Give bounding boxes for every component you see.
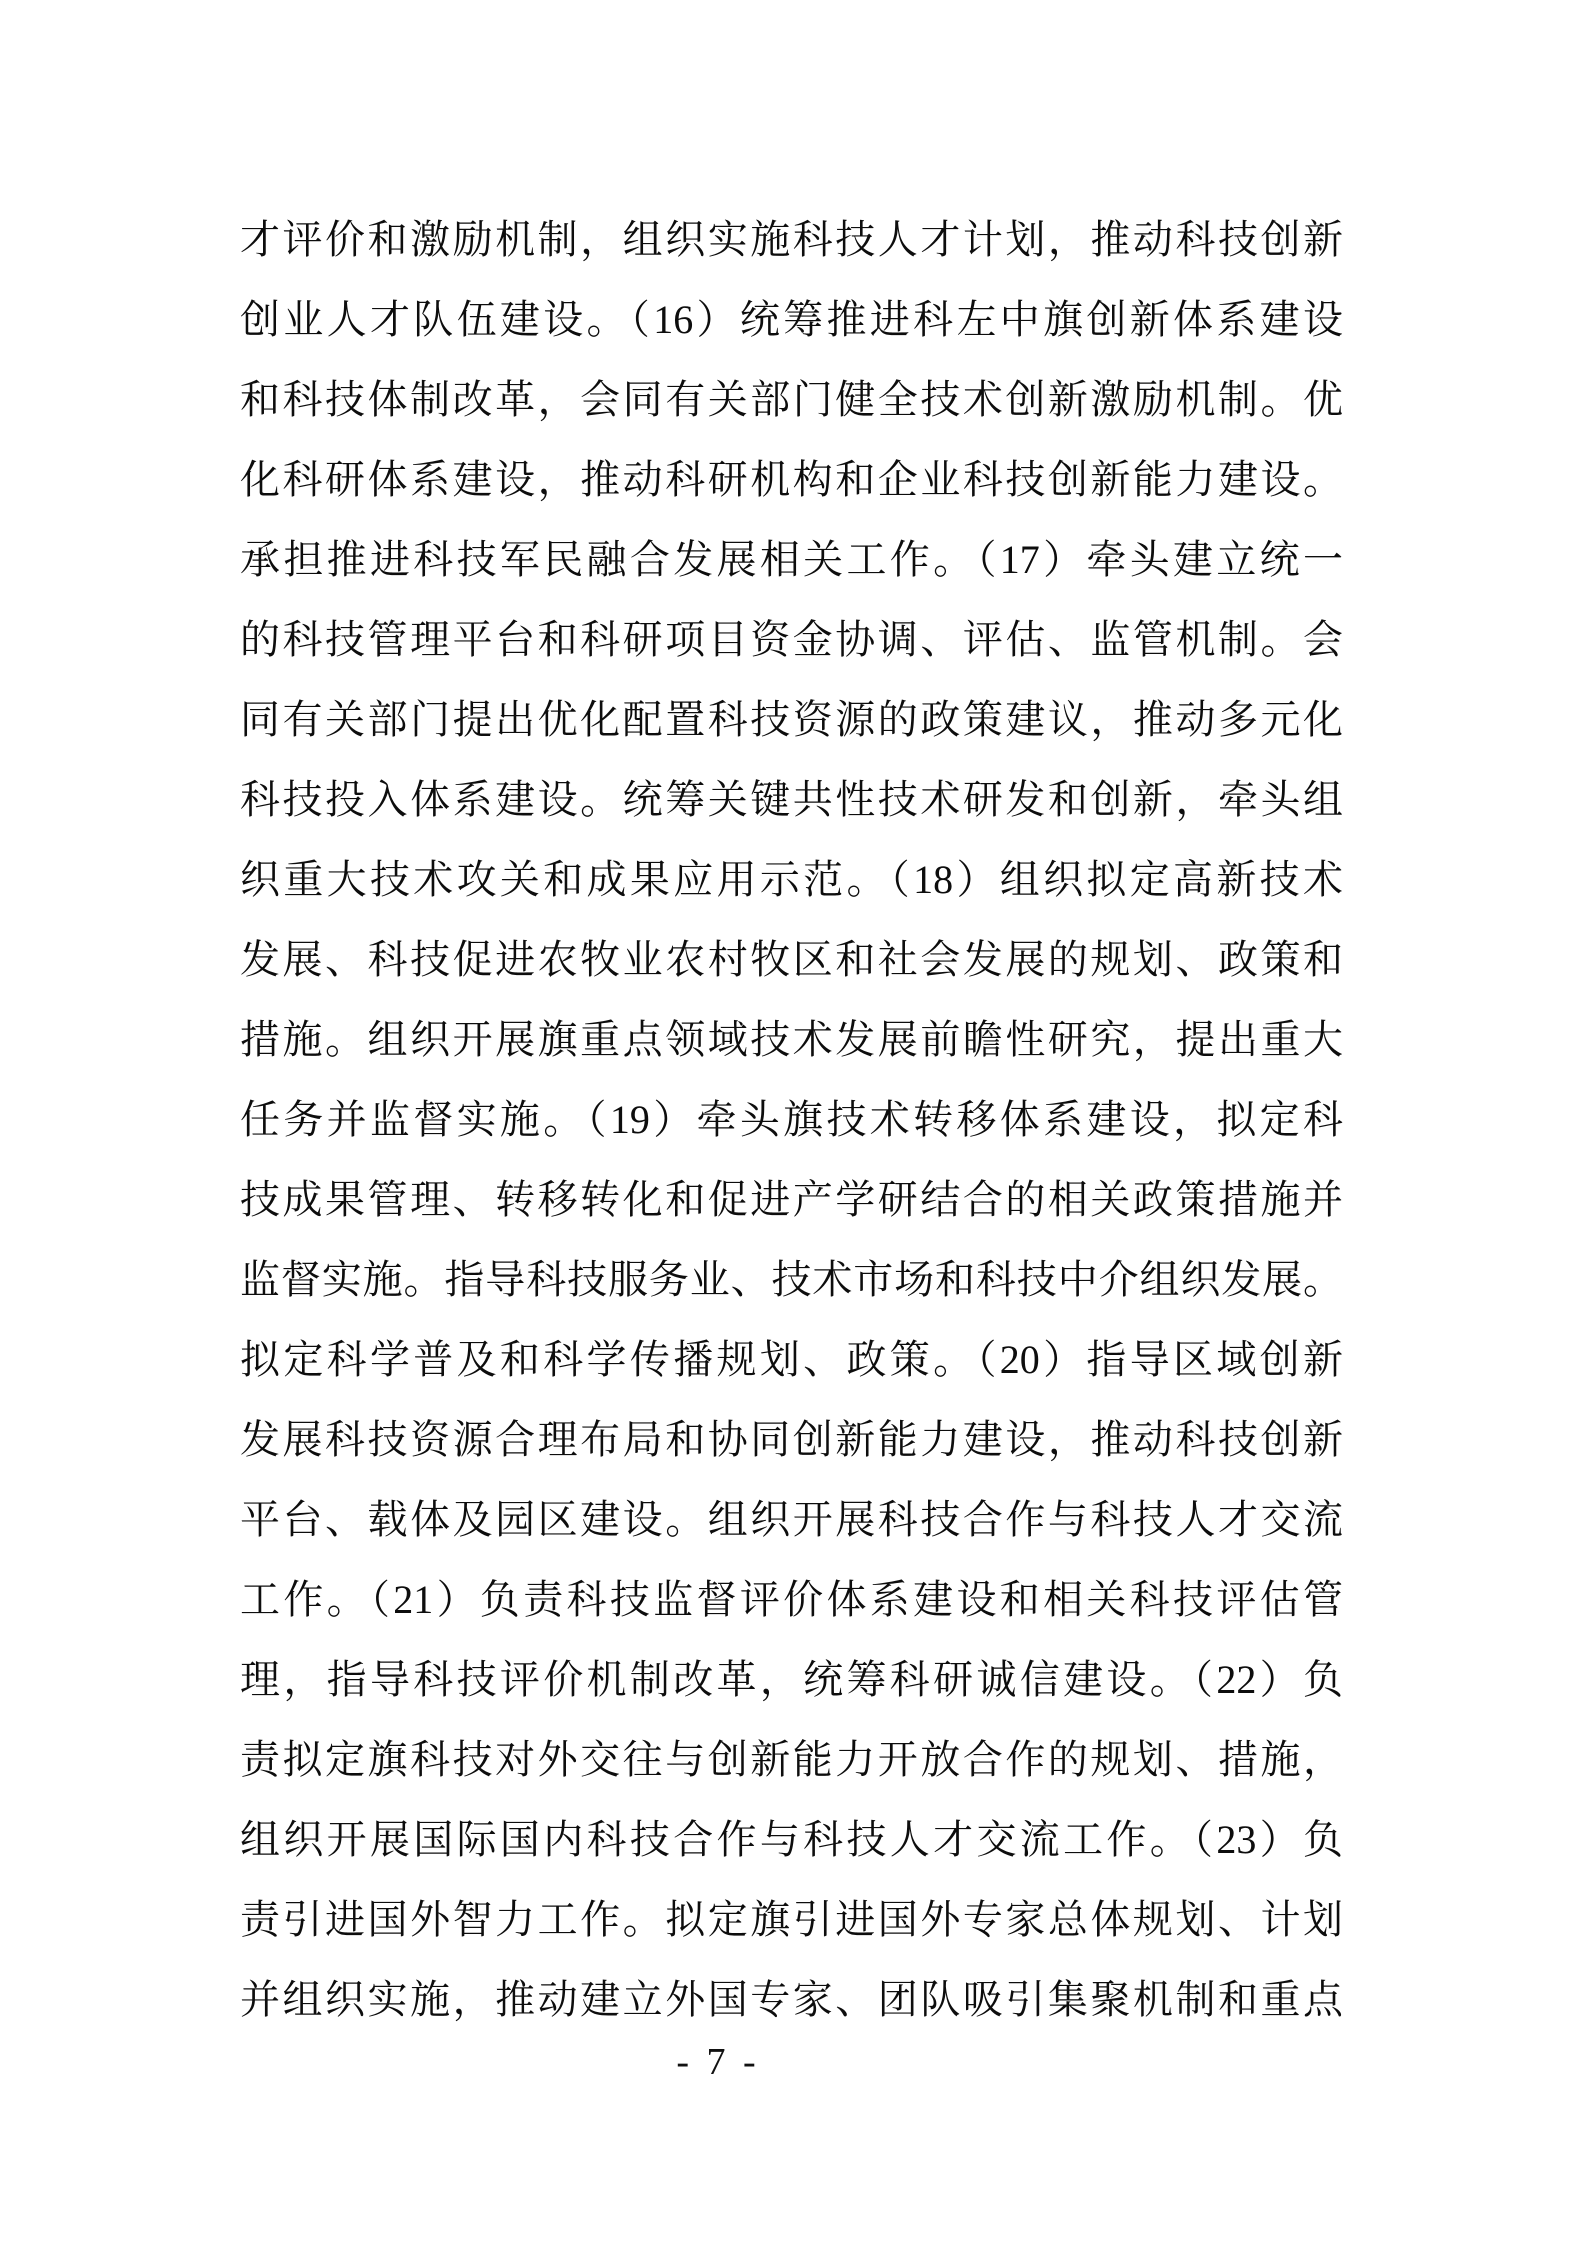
text-line: 工作。（21）负责科技监督评价体系建设和相关科技评估管 [240,1560,1343,1640]
text-line: 才评价和激励机制，组织实施科技人才计划，推动科技创新 [240,200,1343,280]
document-body: 才评价和激励机制，组织实施科技人才计划，推动科技创新创业人才队伍建设。（16）统… [240,200,1343,2040]
text-line: 的科技管理平台和科研项目资金协调、评估、监管机制。会 [240,600,1343,680]
text-line: 科技投入体系建设。统筹关键共性技术研发和创新，牵头组 [240,760,1343,840]
text-line: 措施。组织开展旗重点领域技术发展前瞻性研究，提出重大 [240,1000,1343,1080]
page-number: - 7 - [638,2040,798,2084]
text-line: 理，指导科技评价机制改革，统筹科研诚信建设。（22）负 [240,1640,1343,1720]
document-page: 才评价和激励机制，组织实施科技人才计划，推动科技创新创业人才队伍建设。（16）统… [0,0,1587,2245]
text-line: 组织开展国际国内科技合作与科技人才交流工作。（23）负 [240,1800,1343,1880]
text-line: 织重大技术攻关和成果应用示范。（18）组织拟定高新技术 [240,840,1343,920]
text-line: 责引进国外智力工作。拟定旗引进国外专家总体规划、计划 [240,1880,1343,1960]
text-line: 平台、载体及园区建设。组织开展科技合作与科技人才交流 [240,1480,1343,1560]
text-line: 监督实施。指导科技服务业、技术市场和科技中介组织发展。 [240,1240,1343,1320]
text-line: 发展、科技促进农牧业农村牧区和社会发展的规划、政策和 [240,920,1343,1000]
text-line: 承担推进科技军民融合发展相关工作。（17）牵头建立统一 [240,520,1343,600]
text-line: 创业人才队伍建设。（16）统筹推进科左中旗创新体系建设 [240,280,1343,360]
text-line: 化科研体系建设，推动科研机构和企业科技创新能力建设。 [240,440,1343,520]
text-line: 任务并监督实施。（19）牵头旗技术转移体系建设，拟定科 [240,1080,1343,1160]
text-line: 发展科技资源合理布局和协同创新能力建设，推动科技创新 [240,1400,1343,1480]
text-line: 责拟定旗科技对外交往与创新能力开放合作的规划、措施， [240,1720,1343,1800]
text-line: 同有关部门提出优化配置科技资源的政策建议，推动多元化 [240,680,1343,760]
text-line: 并组织实施，推动建立外国专家、团队吸引集聚机制和重点 [240,1960,1343,2040]
text-line: 拟定科学普及和科学传播规划、政策。（20）指导区域创新 [240,1320,1343,1400]
text-line: 和科技体制改革，会同有关部门健全技术创新激励机制。优 [240,360,1343,440]
text-line: 技成果管理、转移转化和促进产学研结合的相关政策措施并 [240,1160,1343,1240]
